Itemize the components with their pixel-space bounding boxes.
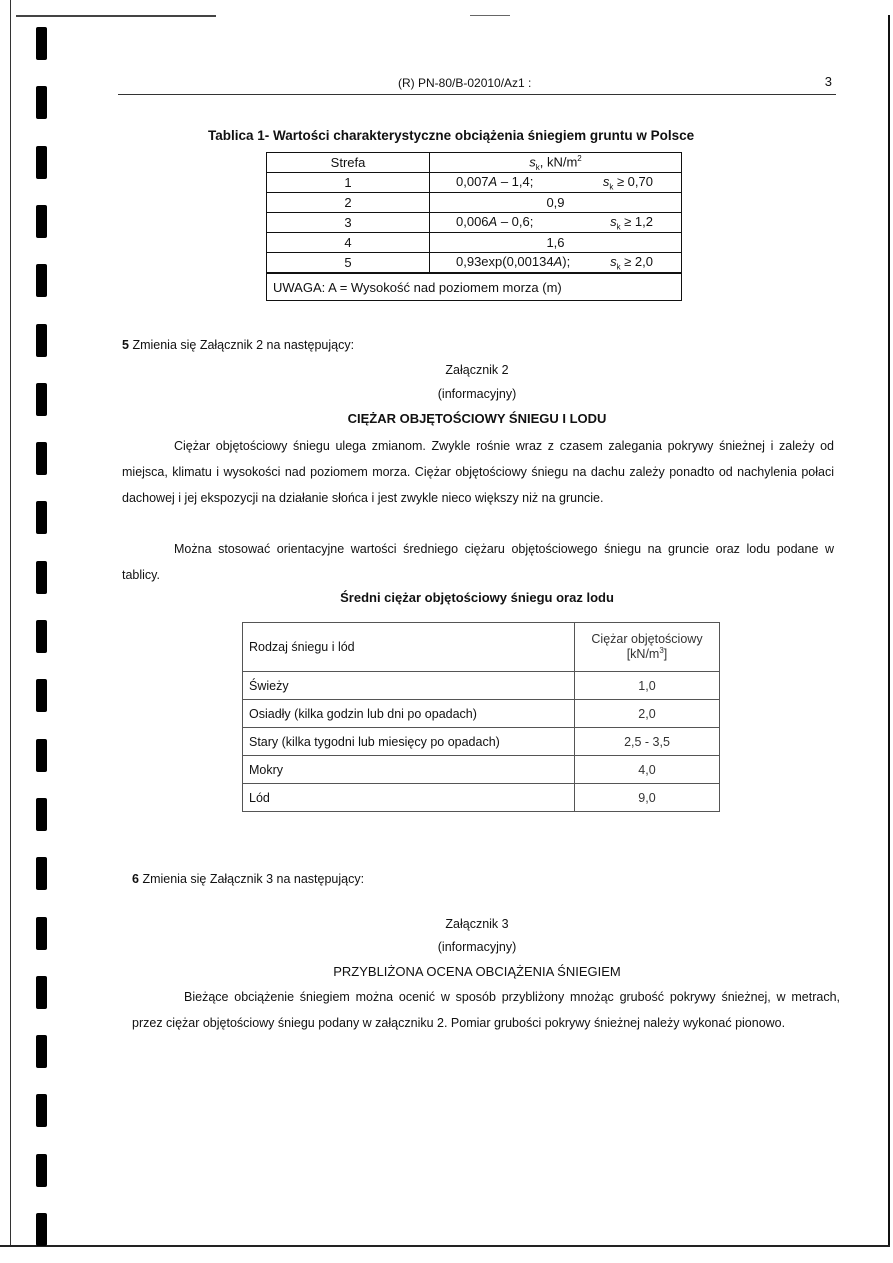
binding-hole-mark (36, 976, 47, 1009)
table-row: 20,9 (267, 193, 682, 213)
scan-edge-bottom (0, 1245, 890, 1247)
value-cell: 0,006A – 0,6;sk ≥ 1,2 (430, 213, 682, 233)
header-type: Rodzaj śniegu i lód (243, 623, 575, 672)
table-header-row: Rodzaj śniegu i lód Ciężar objętościowy[… (243, 623, 720, 672)
table-row: 41,6 (267, 233, 682, 253)
annex2-type: (informacyjny) (118, 381, 836, 407)
zone-cell: 1 (267, 173, 430, 193)
zone-cell: 2 (267, 193, 430, 213)
table-row: 10,007A – 1,4;sk ≥ 0,70 (267, 173, 682, 193)
table-row: Mokry4,0 (243, 756, 720, 784)
annex2-paragraph1: Ciężar objętościowy śniegu ulega zmianom… (122, 433, 834, 511)
snow-type-cell: Stary (kilka tygodni lub miesięcy po opa… (243, 728, 575, 756)
value-cell: 1,6 (430, 233, 682, 253)
zone-cell: 3 (267, 213, 430, 233)
annex3-paragraph: Bieżące obciążenie śniegiem można ocenić… (132, 984, 840, 1036)
value-cell: 0,007A – 1,4;sk ≥ 0,70 (430, 173, 682, 193)
annex3-heading: PRZYBLIŻONA OCENA OBCIĄŻENIA ŚNIEGIEM (118, 959, 836, 985)
header-sk: sk, kN/m2 (430, 153, 682, 173)
table2-caption: Średni ciężar objętościowy śniegu oraz l… (118, 585, 836, 611)
table-note-row: UWAGA: A = Wysokość nad poziomem morza (… (267, 273, 682, 301)
annex2-paragraph2: Można stosować orientacyjne wartości śre… (122, 536, 834, 588)
section5-intro: 5 Zmienia się Załącznik 2 na następujący… (122, 332, 354, 358)
zone-cell: 5 (267, 253, 430, 274)
weight-cell: 9,0 (575, 784, 720, 812)
binding-hole-mark (36, 679, 47, 712)
annex2-heading: CIĘŻAR OBJĘTOŚCIOWY ŚNIEGU I LODU (118, 406, 836, 432)
binding-hole-mark (36, 1094, 47, 1127)
formula: 0,9 (546, 195, 564, 210)
table1-caption: Tablica 1- Wartości charakterystyczne ob… (208, 128, 694, 143)
binding-hole-mark (36, 27, 47, 60)
snow-type-cell: Osiadły (kilka godzin lub dni po opadach… (243, 700, 575, 728)
formula: 0,007A – 1,4; (456, 174, 533, 192)
binding-hole-mark (36, 442, 47, 475)
condition: sk ≥ 1,2 (610, 214, 653, 232)
scan-edge-left (10, 0, 11, 1245)
condition: sk ≥ 2,0 (610, 254, 653, 272)
formula: 0,93exp(0,00134A); (456, 254, 570, 272)
table-note: UWAGA: A = Wysokość nad poziomem morza (… (267, 273, 682, 301)
weight-cell: 2,5 - 3,5 (575, 728, 720, 756)
annex3-type: (informacyjny) (118, 934, 836, 960)
table-row: Stary (kilka tygodni lub miesięcy po opa… (243, 728, 720, 756)
section6-intro: 6 Zmienia się Załącznik 3 na następujący… (132, 866, 364, 892)
binding-hole-mark (36, 264, 47, 297)
value-cell: 0,9 (430, 193, 682, 213)
page-number: 3 (825, 74, 832, 89)
page-header: (R) PN-80/B-02010/Az1 : 3 (118, 72, 836, 95)
binding-hole-mark (36, 501, 47, 534)
weight-cell: 4,0 (575, 756, 720, 784)
binding-hole-mark (36, 383, 47, 416)
formula: 0,006A – 0,6; (456, 214, 533, 232)
binding-hole-mark (36, 739, 47, 772)
binding-hole-mark (36, 917, 47, 950)
weight-cell: 1,0 (575, 672, 720, 700)
binding-hole-mark (36, 857, 47, 890)
snow-weight-table: Rodzaj śniegu i lód Ciężar objętościowy[… (242, 622, 720, 812)
table-row: 50,93exp(0,00134A);sk ≥ 2,0 (267, 253, 682, 274)
binding-hole-mark (36, 146, 47, 179)
binding-hole-mark (36, 1154, 47, 1187)
binding-hole-mark (36, 1213, 47, 1246)
table-row: Świeży1,0 (243, 672, 720, 700)
binding-hole-mark (36, 1035, 47, 1068)
table-header-row: Strefa sk, kN/m2 (267, 153, 682, 173)
binding-hole-mark (36, 561, 47, 594)
snow-type-cell: Lód (243, 784, 575, 812)
condition: sk ≥ 0,70 (603, 174, 653, 192)
table-row: Lód9,0 (243, 784, 720, 812)
binding-hole-mark (36, 86, 47, 119)
binding-hole-mark (36, 620, 47, 653)
binding-hole-mark (36, 205, 47, 238)
snow-type-cell: Świeży (243, 672, 575, 700)
snow-type-cell: Mokry (243, 756, 575, 784)
scan-edge-right (888, 15, 890, 1247)
zone-cell: 4 (267, 233, 430, 253)
header-weight: Ciężar objętościowy[kN/m3] (575, 623, 720, 672)
scan-edge-top-fragment (470, 15, 510, 16)
document-code: (R) PN-80/B-02010/Az1 : (398, 76, 531, 90)
weight-cell: 2,0 (575, 700, 720, 728)
value-cell: 0,93exp(0,00134A);sk ≥ 2,0 (430, 253, 682, 274)
binding-hole-mark (36, 798, 47, 831)
header-zone: Strefa (267, 153, 430, 173)
annex2-title: Załącznik 2 (118, 357, 836, 383)
binding-hole-mark (36, 324, 47, 357)
table-row: 30,006A – 0,6;sk ≥ 1,2 (267, 213, 682, 233)
table-row: Osiadły (kilka godzin lub dni po opadach… (243, 700, 720, 728)
snow-load-zone-table: Strefa sk, kN/m2 10,007A – 1,4;sk ≥ 0,70… (266, 152, 682, 301)
scan-edge-top (16, 15, 216, 17)
formula: 1,6 (546, 235, 564, 250)
